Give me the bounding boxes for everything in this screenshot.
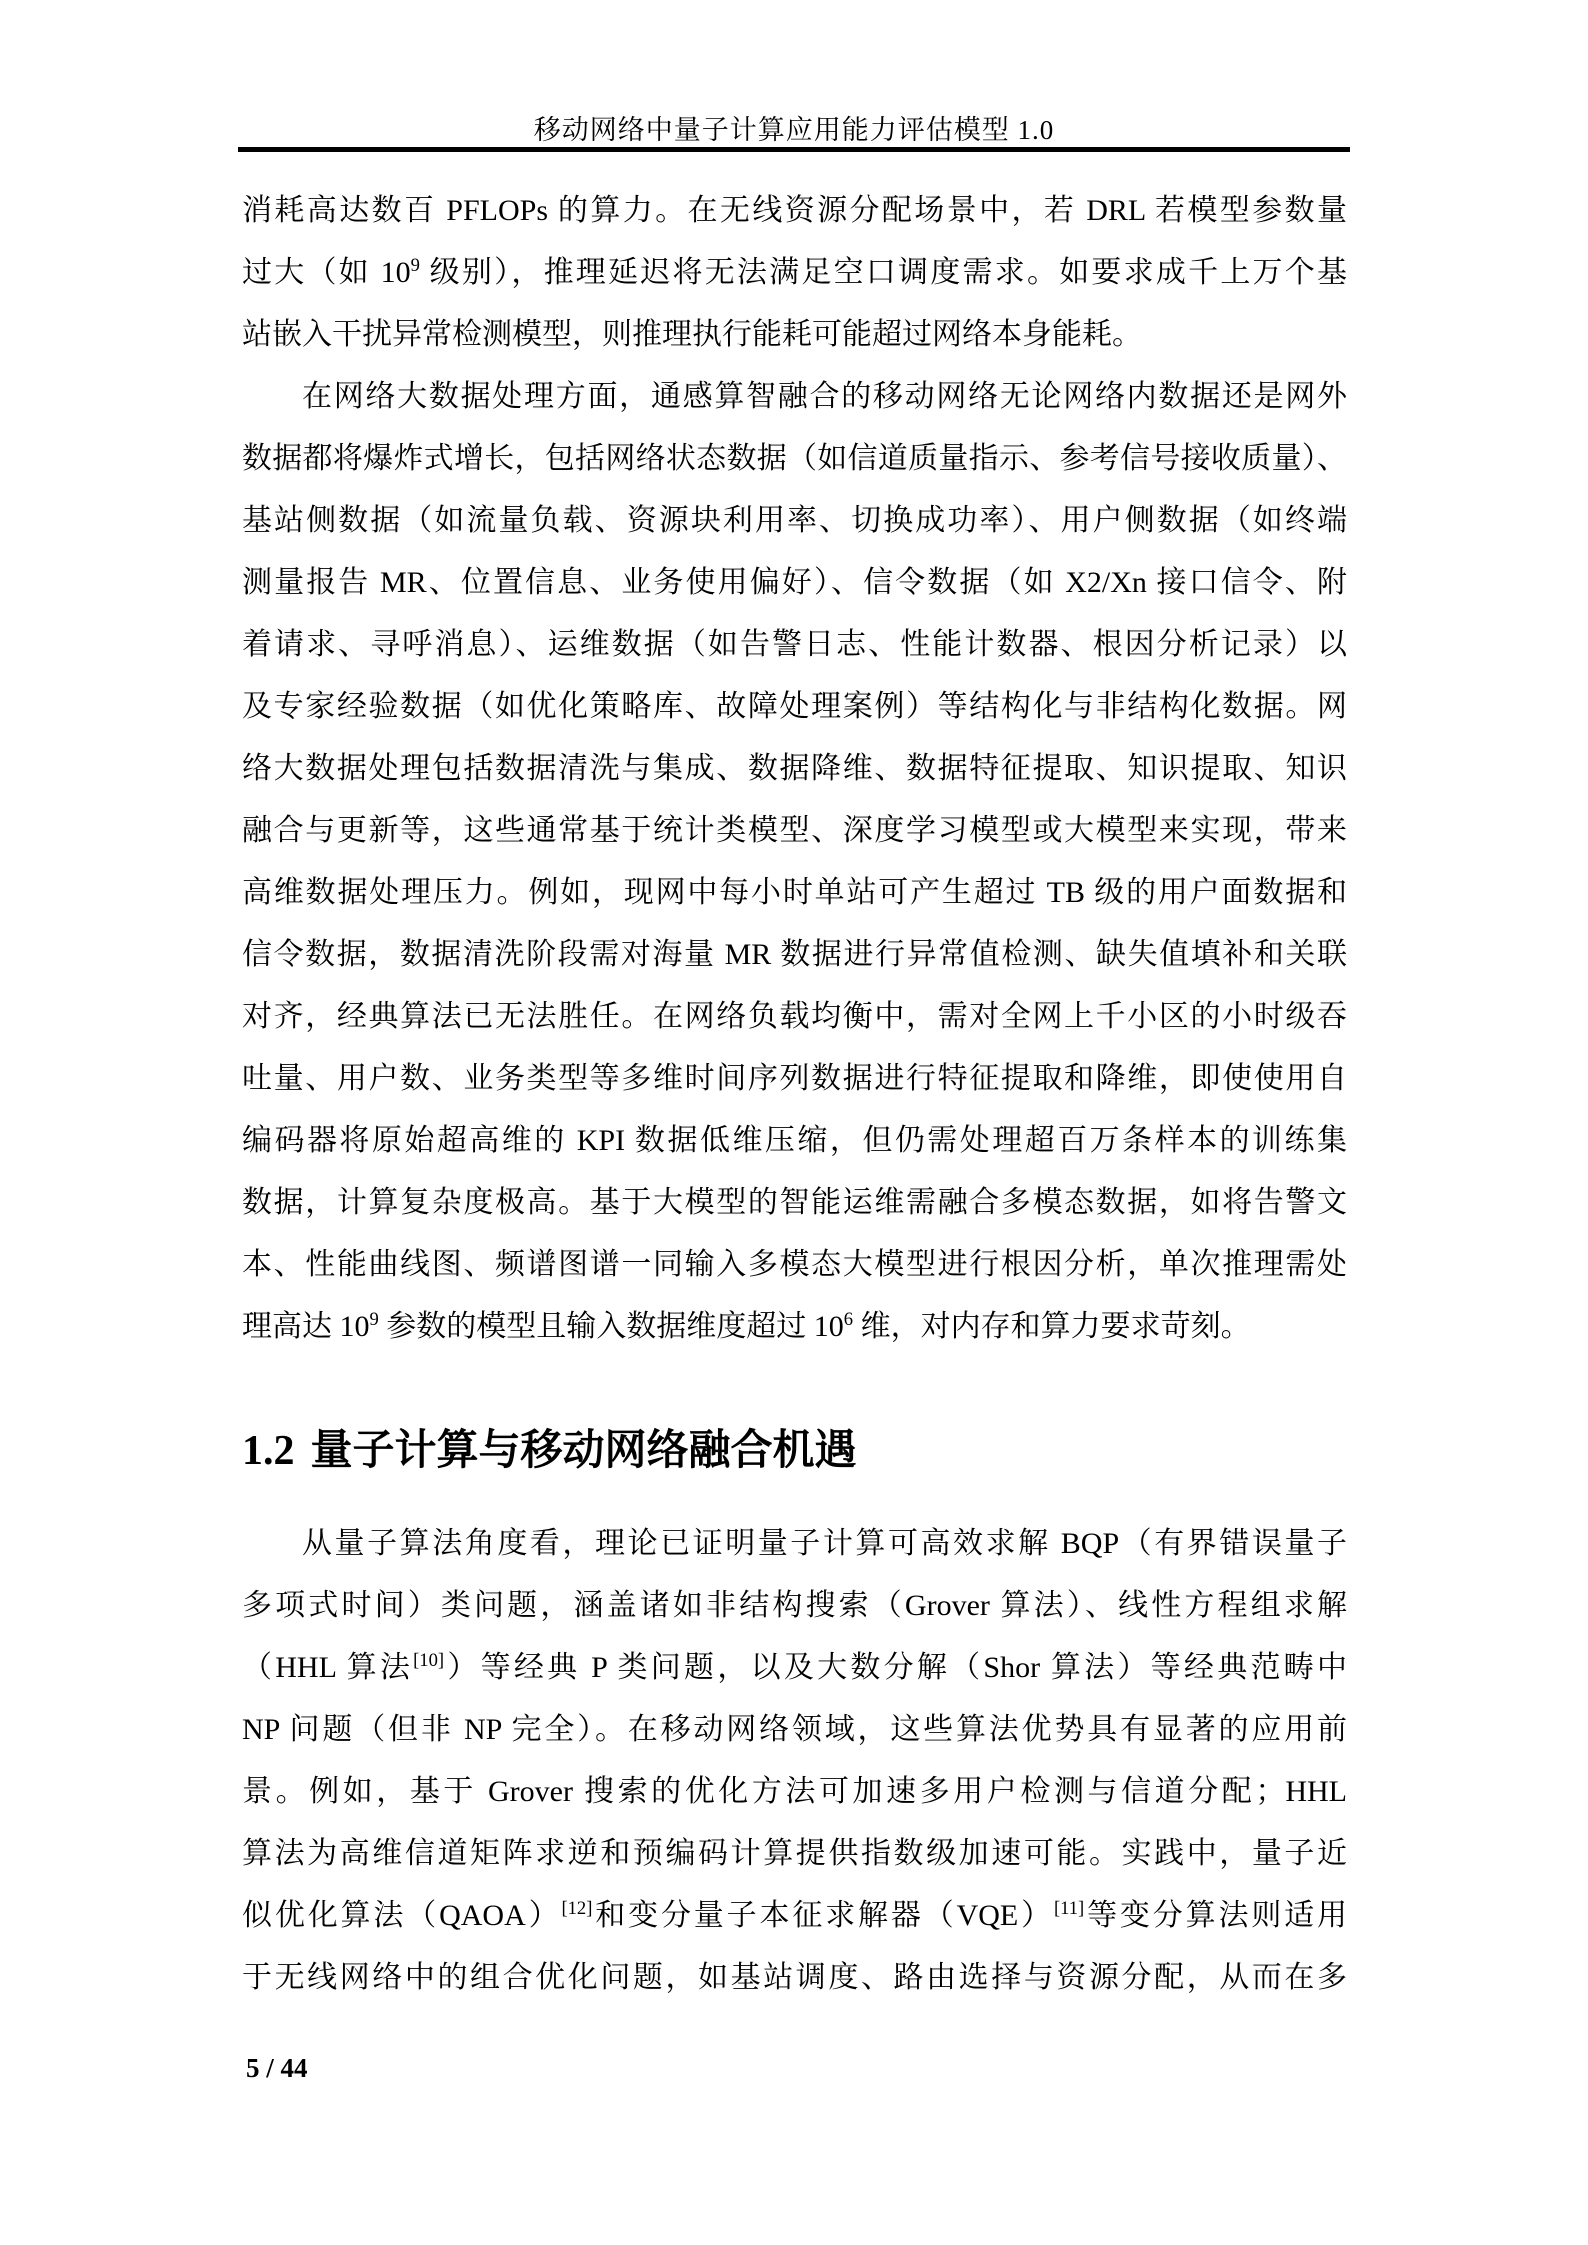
section-heading-number: 1.2 xyxy=(242,1428,295,1474)
text-line: NP 问题（但非 NP 完全）。在移动网络领域，这些算法优势具有显著的应用前 xyxy=(242,1699,1347,1761)
paragraph-2: 在网络大数据处理方面，通感算智融合的移动网络无论网络内数据还是网外数据都将爆炸式… xyxy=(242,366,1347,1358)
text-line: 站嵌入干扰异常检测模型，则推理执行能耗可能超过网络本身能耗。 xyxy=(242,304,1347,366)
text-line: 测量报告 MR、位置信息、业务使用偏好）、信令数据（如 X2/Xn 接口信令、附 xyxy=(242,552,1347,614)
text-line: 于无线网络中的组合优化问题，如基站调度、路由选择与资源分配，从而在多 xyxy=(242,1947,1347,2009)
text-line: 景。例如，基于 Grover 搜索的优化方法可加速多用户检测与信道分配；HHL xyxy=(242,1761,1347,1823)
paragraph-3: 从量子算法角度看，理论已证明量子计算可高效求解 BQP（有界错误量子多项式时间）… xyxy=(242,1513,1347,2009)
text-line: 融合与更新等，这些通常基于统计类模型、深度学习模型或大模型来实现，带来 xyxy=(242,800,1347,862)
text-line: 似优化算法（QAOA）[12]和变分量子本征求解器（VQE）[11]等变分算法则… xyxy=(242,1885,1347,1947)
text-line: （HHL 算法[10]）等经典 P 类问题，以及大数分解（Shor 算法）等经典… xyxy=(242,1637,1347,1699)
text-line: 过大（如 109 级别），推理延迟将无法满足空口调度需求。如要求成千上万个基 xyxy=(242,242,1347,304)
text-line: 基站侧数据（如流量负载、资源块利用率、切换成功率）、用户侧数据（如终端 xyxy=(242,490,1347,552)
text-line: 编码器将原始超高维的 KPI 数据低维压缩，但仍需处理超百万条样本的训练集 xyxy=(242,1110,1347,1172)
text-line: 高维数据处理压力。例如，现网中每小时单站可产生超过 TB 级的用户面数据和 xyxy=(242,862,1347,924)
document-body: 消耗高达数百 PFLOPs 的算力。在无线资源分配场景中，若 DRL 若模型参数… xyxy=(242,180,1347,2009)
text-line: 数据都将爆炸式增长，包括网络状态数据（如信道质量指示、参考信号接收质量）、 xyxy=(242,428,1347,490)
text-line: 吐量、用户数、业务类型等多维时间序列数据进行特征提取和降维，即使使用自 xyxy=(242,1048,1347,1110)
text-line: 对齐，经典算法已无法胜任。在网络负载均衡中，需对全网上千小区的小时级吞 xyxy=(242,986,1347,1048)
page-number: 5 / 44 xyxy=(246,2053,308,2083)
text-line: 消耗高达数百 PFLOPs 的算力。在无线资源分配场景中，若 DRL 若模型参数… xyxy=(242,180,1347,242)
text-line: 着请求、寻呼消息）、运维数据（如告警日志、性能计数器、根因分析记录）以 xyxy=(242,614,1347,676)
text-line: 及专家经验数据（如优化策略库、故障处理案例）等结构化与非结构化数据。网 xyxy=(242,676,1347,738)
text-line: 络大数据处理包括数据清洗与集成、数据降维、数据特征提取、知识提取、知识 xyxy=(242,738,1347,800)
text-line: 算法为高维信道矩阵求逆和预编码计算提供指数级加速可能。实践中，量子近 xyxy=(242,1823,1347,1885)
paragraph-1: 消耗高达数百 PFLOPs 的算力。在无线资源分配场景中，若 DRL 若模型参数… xyxy=(242,180,1347,366)
header-rule xyxy=(238,147,1350,152)
section-heading: 1.2量子计算与移动网络融合机遇 xyxy=(242,1424,1347,1478)
text-line: 从量子算法角度看，理论已证明量子计算可高效求解 BQP（有界错误量子 xyxy=(242,1513,1347,1575)
text-line: 在网络大数据处理方面，通感算智融合的移动网络无论网络内数据还是网外 xyxy=(242,366,1347,428)
text-line: 信令数据，数据清洗阶段需对海量 MR 数据进行异常值检测、缺失值填补和关联 xyxy=(242,924,1347,986)
document-page: 移动网络中量子计算应用能力评估模型 1.0 消耗高达数百 PFLOPs 的算力。… xyxy=(0,0,1588,2245)
text-line: 多项式时间）类问题，涵盖诸如非结构搜索（Grover 算法）、线性方程组求解 xyxy=(242,1575,1347,1637)
text-line: 理高达 109 参数的模型且输入数据维度超过 106 维，对内存和算力要求苛刻。 xyxy=(242,1296,1347,1358)
section-heading-label: 量子计算与移动网络融合机遇 xyxy=(311,1428,857,1474)
page-header-title: 移动网络中量子计算应用能力评估模型 1.0 xyxy=(0,116,1588,144)
text-line: 本、性能曲线图、频谱图谱一同输入多模态大模型进行根因分析，单次推理需处 xyxy=(242,1234,1347,1296)
text-line: 数据，计算复杂度极高。基于大模型的智能运维需融合多模态数据，如将告警文 xyxy=(242,1172,1347,1234)
